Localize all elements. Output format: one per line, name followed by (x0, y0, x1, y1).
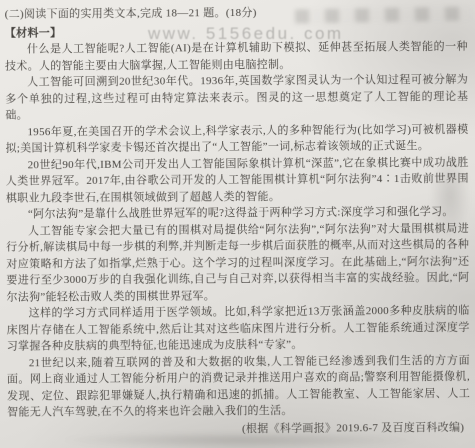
paragraph: 21世纪以来,随着互联网的普及和大数据的收集,人工智能已经渗透到我们生活的方方面… (7, 352, 470, 421)
document-content: (二)阅读下面的实用类文本,完成 18—21 题。(18分) 【材料一】 什么是… (5, 4, 471, 439)
paragraph: 1956年夏,在美国召开的学术会议上,科学家表示,人的多种智能行为(比如学习)可… (5, 121, 468, 157)
scanned-document-page: www. 5156edu. com (二)阅读下面的实用类文本,完成 18—21… (0, 0, 475, 448)
section-header: (二)阅读下面的实用类文本,完成 18—21 题。(18分) (5, 4, 468, 23)
paragraph: 什么是人工智能呢?人工智能(AI)是在计算机辅助下模拟、延伸甚至拓展人类智能的一… (5, 39, 468, 75)
paragraph: 人工智能专家会把大量已有的围棋对局提供给“阿尔法狗”,“阿尔法狗”对大量围棋棋局… (6, 220, 469, 305)
paragraph: 这样的学习方式同样适用于医学领域。比如,科学家把近13万张涵盖2000多种皮肤病… (7, 303, 470, 355)
paragraph: 人工智能可回溯到20世纪30年代。1936年,英国数学家图灵认为一个认知过程可被… (5, 72, 468, 124)
source-attribution: (根据《科学画报》2019.6-7 及百度百科改编) (7, 419, 470, 438)
paragraph: 20世纪90年代,IBM公司开发出人工智能国际象棋计算机“深蓝”,它在象棋比赛中… (6, 154, 469, 206)
